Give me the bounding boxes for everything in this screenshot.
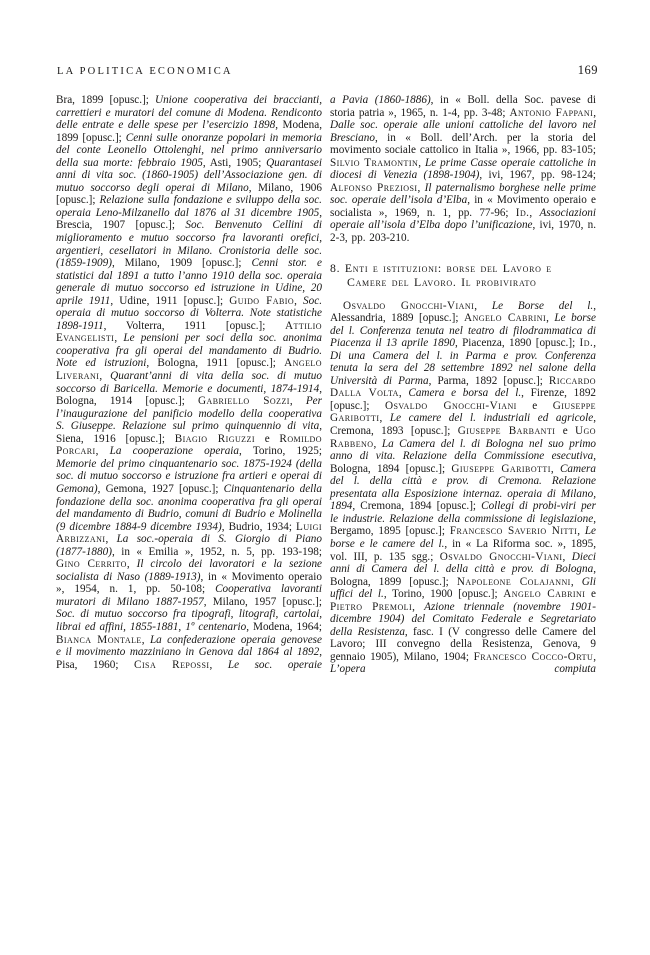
text-run: , — [551, 463, 560, 475]
text-run: , — [142, 634, 150, 646]
text-run: e — [585, 588, 596, 600]
text-run: e — [255, 433, 279, 445]
text-run: , — [563, 551, 572, 563]
text-run: e — [555, 425, 575, 437]
scanned-book-page: LA POLITICA ECONOMICA 169 Bra, 1899 [opu… — [0, 0, 650, 955]
text-run: , ivi, 1967, pp. 98-124; — [479, 169, 596, 181]
text-run: , Bologna, 1911 [opusc.]; — [146, 357, 284, 369]
text-run: , — [474, 300, 492, 312]
text-run: , — [399, 387, 408, 399]
author-name: Cisa Repossi — [134, 659, 209, 671]
text-run: , — [114, 332, 123, 344]
text-run: , Piacenza, 1890 [opusc.]; — [455, 337, 580, 349]
running-header: LA POLITICA ECONOMICA 169 — [57, 63, 598, 78]
work-title: Le soc. operaie — [228, 659, 322, 671]
text-run: , — [374, 438, 382, 450]
bibliography-paragraph: Osvaldo Gnocchi-Viani, Le Borse del l., … — [330, 300, 596, 676]
author-name: Francesco Cocco-Ortu — [474, 651, 594, 663]
bibliography-paragraph: a Pavia (1860-1886), in « Boll. della So… — [330, 94, 596, 245]
text-run: , — [105, 533, 116, 545]
text-run: , — [571, 576, 582, 588]
author-name: Pietro Premoli — [330, 601, 412, 613]
text-run: , Torino, 1900 [opusc.]; — [384, 588, 503, 600]
author-name: Osvaldo Gnocchi-Viani — [385, 400, 517, 412]
text-run: , Torino, 1925; — [239, 445, 322, 457]
text-run: , Milano, 1909 [opusc.]; — [112, 257, 252, 269]
text-run: , Udine, 1911 [opusc.]; — [110, 295, 229, 307]
text-run: , — [577, 525, 585, 537]
author-name: Bianca Montale — [56, 634, 142, 646]
text-run: , Volterra, 1911 [opusc.]; — [104, 320, 285, 332]
section-heading: 8. Enti e istituzioni: borse del Lavoro … — [330, 261, 596, 289]
text-run: , Asti, 1905; — [203, 157, 266, 169]
text-run: , in « Emilia », 1952, n. 5, pp. 193-198… — [112, 546, 322, 558]
work-title: Camera e borsa del l. — [408, 387, 521, 399]
text-run: , Gemona, 1927 [opusc.]; — [98, 483, 224, 495]
text-run: , — [529, 207, 539, 219]
text-run: , Milano, 1957 [opusc.]; — [204, 596, 322, 608]
page-number: 169 — [578, 63, 598, 78]
author-name: Alfonso Preziosi — [330, 182, 418, 194]
text-run: , — [99, 370, 110, 382]
author-name: Osvaldo Gnocchi-Viani — [440, 551, 563, 563]
author-name: Giuseppe Garibotti — [451, 463, 550, 475]
text-run: , — [593, 651, 596, 663]
text-run: , — [379, 412, 389, 424]
author-name: Id. — [516, 207, 530, 219]
work-title: L’opera compiuta — [330, 663, 596, 675]
text-run: , Modena, 1964; — [246, 621, 322, 633]
work-title: Le Borse del l. — [492, 300, 593, 312]
author-name: Francesco Saverio Nitti — [450, 525, 577, 537]
text-run: , — [412, 601, 424, 613]
running-title: LA POLITICA ECONOMICA — [57, 66, 233, 77]
bibliography-paragraph: Bra, 1899 [opusc.]; Unione cooperativa d… — [56, 94, 322, 671]
text-column-left: Bra, 1899 [opusc.]; Unione cooperativa d… — [56, 94, 322, 671]
text-column-right: a Pavia (1860-1886), in « Boll. della So… — [330, 94, 596, 676]
work-title: a Pavia (1860-1886) — [330, 94, 431, 106]
author-name: Angelo Cabrini — [464, 312, 546, 324]
author-name: Osvaldo Gnocchi-Viani — [343, 300, 474, 312]
text-run: , — [294, 295, 303, 307]
text-run: , — [418, 157, 425, 169]
author-name: Napoleone Colajanni — [457, 576, 571, 588]
text-run: Bra, 1899 [opusc.]; — [56, 94, 155, 106]
work-title: La cooperazione operaia — [110, 445, 239, 457]
author-name: Gino Cerrito — [56, 558, 127, 570]
author-name: Silvio Tramontin — [330, 157, 418, 169]
text-run: , Budrio, 1934; — [222, 521, 296, 533]
text-run: e — [517, 400, 553, 412]
text-run: , — [593, 107, 596, 119]
text-run: , — [290, 395, 306, 407]
text-run: , — [96, 445, 110, 457]
author-name: Antonio Fappani — [509, 107, 593, 119]
text-run: , Parma, 1892 [opusc.]; — [429, 375, 549, 387]
text-run: , — [209, 659, 227, 671]
author-name: Angelo Cabrini — [503, 588, 585, 600]
author-name: Giuseppe Barbanti — [458, 425, 556, 437]
text-run: , — [593, 337, 596, 349]
text-run: , — [418, 182, 425, 194]
text-run: , — [127, 558, 137, 570]
author-name: Biagio Riguzzi — [175, 433, 255, 445]
author-name: Gabriello Sozzi — [198, 395, 290, 407]
text-run: 8. Enti e istituzioni: borse del Lavoro … — [330, 261, 552, 289]
author-name: Guido Fabio — [229, 295, 294, 307]
work-title: Le camere del l. industriali ed agricole — [390, 412, 593, 424]
text-run: , Cremona, 1894 [opusc.]; — [352, 500, 481, 512]
author-name: Id. — [580, 337, 594, 349]
